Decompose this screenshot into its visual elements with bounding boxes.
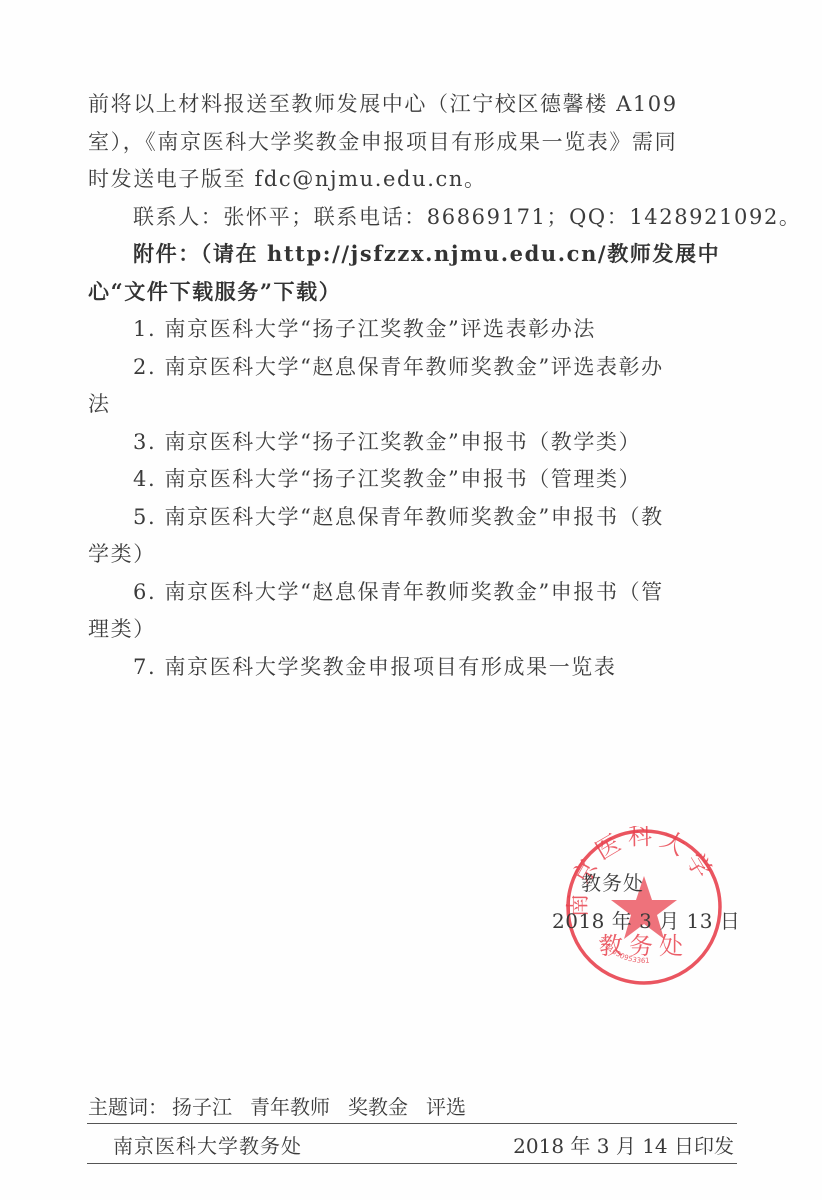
document-page: 前将以上材料报送至教师发展中心（江宁校区德馨楼 A109 室），《南京医科大学奖… bbox=[0, 0, 822, 1200]
attachment-item-7: 7. 南京医科大学奖教金申报项目有形成果一览表 bbox=[133, 653, 617, 681]
attachment-item-5-cont: 学类） bbox=[88, 540, 156, 568]
attachment-item-4: 4. 南京医科大学“扬子江奖教金”申报书（管理类） bbox=[133, 465, 641, 493]
signature-date: 2018 年 3 月 13 日 bbox=[552, 908, 740, 934]
seal-serial: 3201050953361 bbox=[597, 936, 650, 965]
keywords-label: 主题词： bbox=[88, 1095, 168, 1119]
attachment-item-2-cont: 法 bbox=[88, 390, 111, 418]
official-seal-icon: 南京医科大学 教务处 3201050953361 bbox=[563, 826, 725, 988]
footer-rule-top bbox=[87, 1123, 737, 1124]
contact-line: 联系人：张怀平；联系电话：86869171；QQ：1428921092。 bbox=[133, 203, 802, 231]
attachment-item-5: 5. 南京医科大学“赵息保青年教师奖教金”申报书（教 bbox=[133, 503, 664, 531]
attachment-item-6: 6. 南京医科大学“赵息保青年教师奖教金”申报书（管 bbox=[133, 578, 664, 606]
subject-keywords: 主题词：扬子江青年教师奖教金评选 bbox=[88, 1094, 484, 1120]
keyword: 青年教师 bbox=[250, 1095, 330, 1119]
attachment-header-line-2: 心“文件下载服务”下载） bbox=[88, 278, 341, 306]
seal-bottom-text: 教务处 bbox=[599, 932, 689, 960]
paragraph-line-3: 时发送电子版至 fdc@njmu.edu.cn。 bbox=[88, 165, 487, 193]
attachment-header-line-1: 附件：（请在 http://jsfzzx.njmu.edu.cn/教师发展中 bbox=[133, 240, 720, 268]
issuer-name: 南京医科大学教务处 bbox=[113, 1133, 302, 1159]
footer-rule-bottom bbox=[87, 1163, 737, 1164]
paragraph-line-1: 前将以上材料报送至教师发展中心（江宁校区德馨楼 A109 bbox=[88, 90, 678, 118]
keyword: 奖教金 bbox=[348, 1095, 408, 1119]
attachment-item-6-cont: 理类） bbox=[88, 615, 156, 643]
attachment-item-2: 2. 南京医科大学“赵息保青年教师奖教金”评选表彰办 bbox=[133, 353, 664, 381]
attachment-item-3: 3. 南京医科大学“扬子江奖教金”申报书（教学类） bbox=[133, 428, 641, 456]
issue-date: 2018 年 3 月 14 日印发 bbox=[513, 1133, 734, 1159]
attachment-item-1: 1. 南京医科大学“扬子江奖教金”评选表彰办法 bbox=[133, 315, 596, 343]
signer-name: 教务处 bbox=[581, 870, 644, 896]
keyword: 评选 bbox=[426, 1095, 466, 1119]
paragraph-line-2: 室），《南京医科大学奖教金申报项目有形成果一览表》需同 bbox=[88, 128, 677, 156]
svg-text:3201050953361: 3201050953361 bbox=[597, 936, 650, 965]
keyword: 扬子江 bbox=[172, 1095, 232, 1119]
